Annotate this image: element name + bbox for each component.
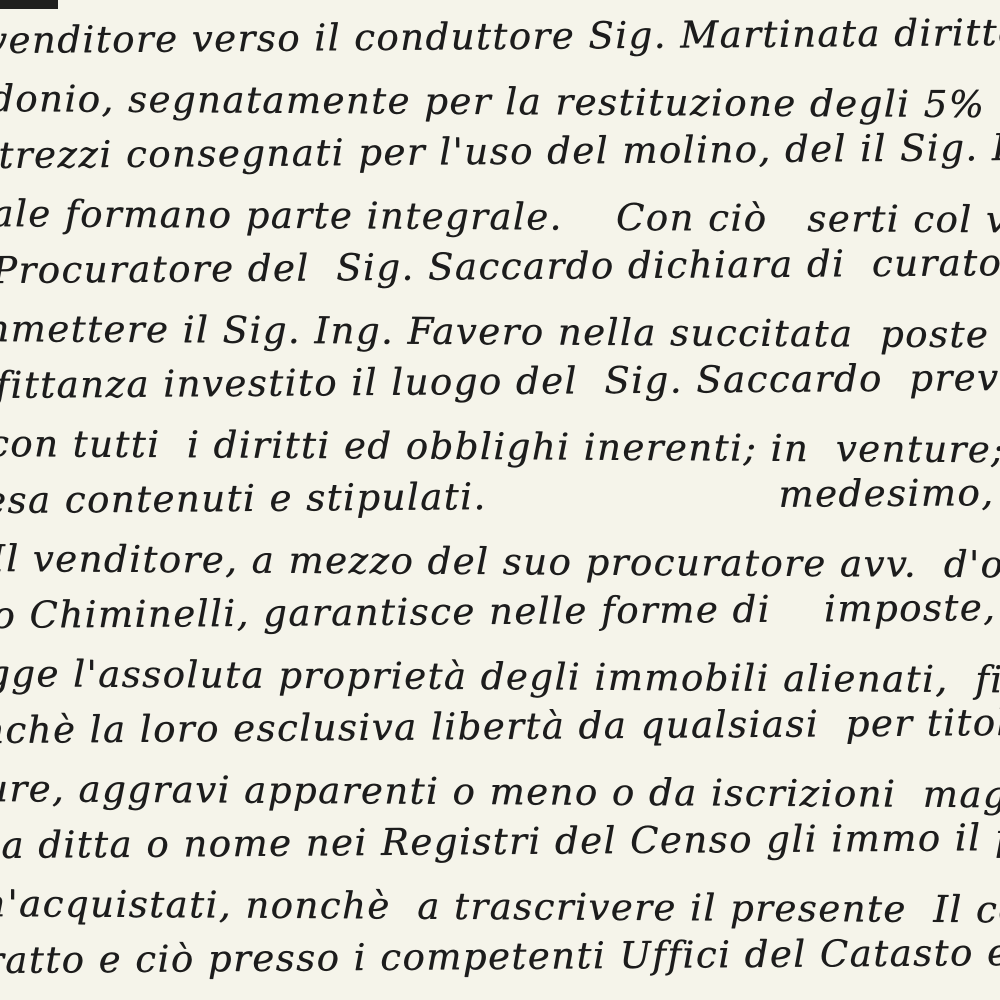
handwritten-line: esa contenuti e stipulati. medesimo, cui bbox=[0, 464, 1000, 529]
manuscript-page: venditore verso il conduttore Sig. Marti… bbox=[0, 12, 1000, 990]
handwritten-line: ratto e ciò presso i competenti Uffici d… bbox=[0, 924, 1000, 989]
handwritten-line: ia ditta o nome nei Registri del Censo g… bbox=[0, 809, 1000, 874]
handwritten-line: nchè la loro esclusiva libertà da qualsi… bbox=[0, 694, 1000, 760]
handwritten-line: to Chiminelli, garantisce nelle forme di… bbox=[0, 579, 1000, 645]
handwritten-line: Procuratore del Sig. Saccardo dichiara d… bbox=[0, 234, 1000, 299]
handwritten-line: ffittanza investito il luogo del Sig. Sa… bbox=[0, 349, 1000, 415]
handwritten-line: venditore verso il conduttore Sig. Marti… bbox=[0, 4, 1000, 69]
scan-edge-artifact bbox=[0, 0, 58, 9]
handwritten-line: ttrezzi consegnati per l'uso del molino,… bbox=[0, 119, 1000, 184]
